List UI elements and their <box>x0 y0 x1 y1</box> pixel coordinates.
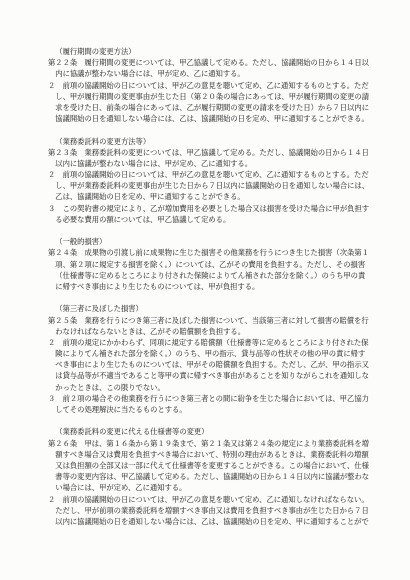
text-line: 乙は、協議開始の日を定め、甲に通知することができる。 <box>48 191 372 202</box>
text-line: 以内に協議開始の日を通知しない場合には、乙は、協議開始の日を定め、甲に通知するこ… <box>48 516 372 527</box>
text-line: 額すべき場合又は費用を負担すべき場合において、特別の理由があるときは、業務委託料… <box>48 449 372 460</box>
article-24: （一般的損害）第２４条 成果物の引渡し前に成果物に生じた損害その他業務を行うにつ… <box>48 236 372 292</box>
section-heading: （第三者に及ぼした損害） <box>48 303 372 314</box>
text-line: し、甲が業務委託料の変更事由が生じた日から７日以内に協議開始の日を通知しない場合… <box>48 180 372 191</box>
text-line: 険によりてん補された部分を除く。）のうち、甲の指示、貸与品等の性状その他の甲の責… <box>48 348 372 359</box>
section-heading: （業務委託料の変更に代える仕様書等の変更） <box>48 426 372 437</box>
text-line: 第２４条 成果物の引渡し前に成果物に生じた損害その他業務を行うにつき生じた損害（… <box>48 247 372 258</box>
text-line: 項、第２項に規定する損害を除く。）については、乙がその費用を負担する。ただし、そ… <box>48 259 372 270</box>
text-line: 求を受けた日、前条の場合にあっては、乙が履行期間の変更の請求を受けた日）から７日… <box>48 102 372 113</box>
text-line: （仕様書等に定めるところにより付された保険によりてん補された部分を除く。）のうち… <box>48 270 372 281</box>
text-line: る必要な費用の額については、甲乙協議して定める。 <box>48 214 372 225</box>
article-26: （業務委託料の変更に代える仕様書等の変更）第２６条 甲は、第１６条から第１９条ま… <box>48 426 372 527</box>
text-line: してその処理解決に当たるものとする。 <box>48 404 372 415</box>
text-line: ２ 前項の規定にかかわらず、同項に規定する賠償額（仕様書等に定めるところにより付… <box>48 337 372 348</box>
section-heading: （一般的損害） <box>48 236 372 247</box>
text-line: かったときは、この限りでない。 <box>48 382 372 393</box>
article-25: （第三者に及ぼした損害）第２５条 業務を行うにつき第三者に及ぼした損害について、… <box>48 303 372 415</box>
text-line: ２ 前項の協議開始の日については、甲が乙の意見を聴いて定め、乙に通知しなければな… <box>48 494 372 505</box>
text-line: べき事由により生じたものについては、甲がその賠償額を負担する。ただし、乙が、甲の… <box>48 359 372 370</box>
text-line: 第２６条 甲は、第１６条から第１９条まで、第２１条又は第２４条の規定により業務委… <box>48 438 372 449</box>
text-line: ２ 前項の協議開始の日については、甲が乙の意見を聴いて定め、乙に通知するものとす… <box>48 169 372 180</box>
section-heading: （業務委託料の変更方法等） <box>48 136 372 147</box>
text-line: ３ 前２項の場合その他業務を行うにつき第三者との間に紛争を生じた場合においては、… <box>48 393 372 404</box>
text-line: 以内に協議が整わない場合には、甲が定め、乙に通知する。 <box>48 158 372 169</box>
text-line: 協議開始の日を通知しない場合には、乙は、協議開始の日を定め、甲に通知することがで… <box>48 113 372 124</box>
text-line: し、甲が履行期間の変更事由が生じた日（第２０条の場合にあっては、甲が履行期間の変… <box>48 91 372 102</box>
contract-page: （履行期間の変更方法）第２２条 履行期間の変更については、甲乙協議して定める。た… <box>0 0 410 580</box>
text-line: ただし、甲が前項の業務委託料を増額すべき事由又は費用を負担すべき事由が生じた日か… <box>48 505 372 516</box>
text-line: 第２３条 業務委託料の変更については、甲乙協議して定める。ただし、協議開始の日か… <box>48 147 372 158</box>
text-line: わなければならないときは、乙がその賠償額を負担する。 <box>48 326 372 337</box>
section-heading: （履行期間の変更方法） <box>48 46 372 57</box>
text-line: い場合には、甲が定め、乙に通知する。 <box>48 482 372 493</box>
text-line: ３ この契約書の規定により、乙が増加費用を必要とした場合又は損害を受けた場合に甲… <box>48 203 372 214</box>
article-22: （履行期間の変更方法）第２２条 履行期間の変更については、甲乙協議して定める。た… <box>48 46 372 124</box>
text-line: 内に協議が整わない場合には、甲が定め、乙に通知する。 <box>48 68 372 79</box>
text-line: 書等の変更内容は、甲乙協議して定める。ただし、協議開始の日から１４日以内に協議が… <box>48 471 372 482</box>
text-line: 第２２条 履行期間の変更については、甲乙協議して定める。ただし、協議開始の日から… <box>48 57 372 68</box>
text-line: は貸与品等が不適当であること等甲の責に帰すべき事由があることを知りながらこれを通… <box>48 370 372 381</box>
text-line: ２ 前項の協議開始の日については、甲が乙の意見を聴いて定め、乙に通知するものとす… <box>48 80 372 91</box>
text-line: に帰すべき事由により生じたものについては、甲が負担する。 <box>48 281 372 292</box>
text-line: 又は負担額の全部又は一部に代えて仕様書等を変更することができる。この場合において… <box>48 460 372 471</box>
article-23: （業務委託料の変更方法等）第２３条 業務委託料の変更については、甲乙協議して定め… <box>48 136 372 226</box>
text-line: 第２５条 業務を行うにつき第三者に及ぼした損害について、当該第三者に対して損害の… <box>48 315 372 326</box>
